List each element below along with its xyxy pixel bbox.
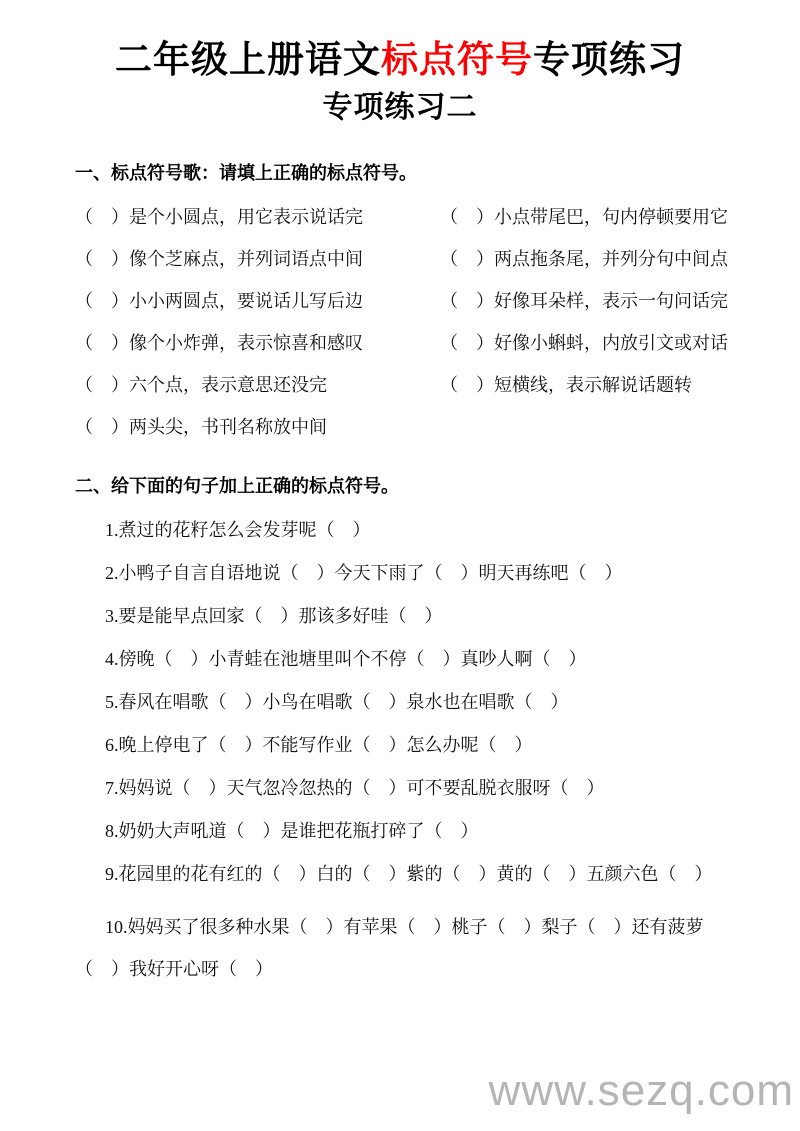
rhyme-left-column: （ ）是个小圆点，用它表示说话完 （ ）像个芝麻点，并列词语点中间 （ ）小小两… [75,206,440,458]
exercise-item: 8.奶奶大声吼道（ ）是谁把花瓶打碎了（ ） [75,820,736,842]
exercise-item: 9.花园里的花有红的（ ）白的（ ）紫的（ ）黄的（ ）五颜六色（ ） [75,863,736,885]
page-title: 二年级上册语文标点符号专项练习 [30,38,770,84]
exercise-item: 3.要是能早点回家（ ）那该多好哇（ ） [75,605,736,627]
rhyme-line: （ ）短横线，表示解说话题转 [440,374,736,396]
rhyme-line: （ ）小小两圆点，要说话儿写后边 [75,290,440,312]
rhyme-line: （ ）像个芝麻点，并列词语点中间 [75,248,440,270]
watermark: www.sezq.com [489,1069,794,1113]
title-highlight: 标点符号 [381,40,533,81]
title-suffix: 专项练习 [533,40,685,81]
exercise-item: 7.妈妈说（ ）天气忽冷忽热的（ ）可不要乱脱衣服呀（ ） [75,777,736,799]
rhyme-line: （ ）六个点，表示意思还没完 [75,374,440,396]
rhyme-line: （ ）好像小蝌蚪，内放引文或对话 [440,332,736,354]
page-subtitle: 专项练习二 [0,90,800,126]
section-2-heading: 二、给下面的句子加上正确的标点符号。 [75,475,736,497]
rhyme-line: （ ）两头尖，书刊名称放中间 [75,416,440,438]
exercise-item: 5.春风在唱歌（ ）小鸟在唱歌（ ）泉水也在唱歌（ ） [75,691,736,713]
rhyme-line: （ ）两点拖条尾，并列分句中间点 [440,248,736,270]
title-prefix: 二年级上册语文 [115,40,381,81]
rhyme-line: （ ）是个小圆点，用它表示说话完 [75,206,440,228]
exercise-list: 1.煮过的花籽怎么会发芽呢（ ） 2.小鸭子自言自语地说（ ）今天下雨了（ ）明… [75,519,736,990]
exercise-item: 2.小鸭子自言自语地说（ ）今天下雨了（ ）明天再练吧（ ） [75,562,736,584]
exercise-item: 1.煮过的花籽怎么会发芽呢（ ） [75,519,736,541]
section-punctuation-rhyme: 一、标点符号歌：请填上正确的标点符号。 （ ）是个小圆点，用它表示说话完 （ ）… [0,162,800,458]
section-sentence-exercises: 二、给下面的句子加上正确的标点符号。 1.煮过的花籽怎么会发芽呢（ ） 2.小鸭… [0,475,800,990]
exercise-item: 10.妈妈买了很多种水果（ ）有苹果（ ）桃子（ ）梨子（ ）还有菠萝（ ）我好… [75,906,736,990]
rhyme-line: （ ）小点带尾巴，句内停顿要用它 [440,206,736,228]
rhyme-line: （ ）好像耳朵样，表示一句问话完 [440,290,736,312]
exercise-item: 6.晚上停电了（ ）不能写作业（ ）怎么办呢（ ） [75,734,736,756]
worksheet-page: 二年级上册语文标点符号专项练习 专项练习二 一、标点符号歌：请填上正确的标点符号… [0,0,800,1131]
rhyme-line: （ ）像个小炸弹，表示惊喜和感叹 [75,332,440,354]
exercise-item: 4.傍晚（ ）小青蛙在池塘里叫个不停（ ）真吵人啊（ ） [75,648,736,670]
rhyme-grid: （ ）是个小圆点，用它表示说话完 （ ）像个芝麻点，并列词语点中间 （ ）小小两… [75,206,736,458]
section-1-heading: 一、标点符号歌：请填上正确的标点符号。 [75,162,736,184]
rhyme-right-column: （ ）小点带尾巴，句内停顿要用它 （ ）两点拖条尾，并列分句中间点 （ ）好像耳… [440,206,736,416]
